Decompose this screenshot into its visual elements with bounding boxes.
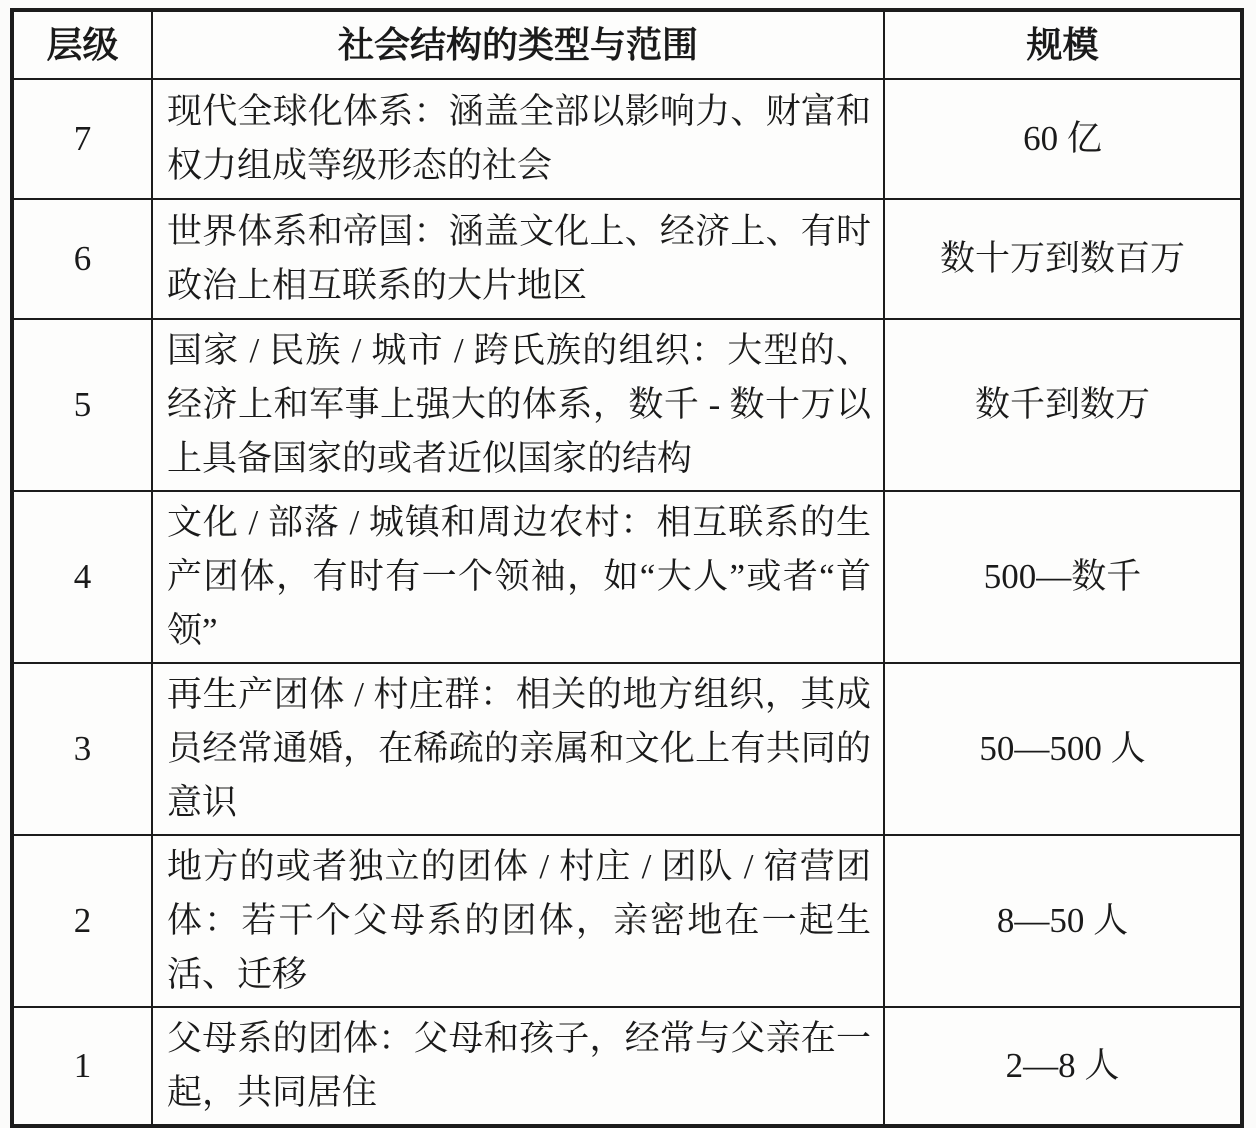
table-row: 1 父母系的团体：父母和孩子，经常与父亲在一起，共同居住 2—8 人 [12,1007,1242,1126]
table-row: 4 文化 / 部落 / 城镇和周边农村：相互联系的生产团体，有时有一个领袖，如“… [12,491,1242,663]
table-row: 5 国家 / 民族 / 城市 / 跨氏族的组织：大型的、经济上和军事上强大的体系… [12,319,1242,491]
level-cell: 1 [12,1007,152,1126]
table-row: 7 现代全球化体系：涵盖全部以影响力、财富和权力组成等级形态的社会 60 亿 [12,79,1242,199]
level-cell: 7 [12,79,152,199]
scale-cell: 数千到数万 [884,319,1242,491]
table-row: 2 地方的或者独立的团体 / 村庄 / 团队 / 宿营团体：若干个父母系的团体，… [12,835,1242,1007]
type-cell: 现代全球化体系：涵盖全部以影响力、财富和权力组成等级形态的社会 [152,79,884,199]
social-structure-table: 层级 社会结构的类型与范围 规模 7 现代全球化体系：涵盖全部以影响力、财富和权… [10,8,1244,1128]
table-row: 3 再生产团体 / 村庄群：相关的地方组织，其成员经常通婚，在稀疏的亲属和文化上… [12,663,1242,835]
type-cell: 世界体系和帝国：涵盖文化上、经济上、有时政治上相互联系的大片地区 [152,199,884,319]
scale-cell: 60 亿 [884,79,1242,199]
level-cell: 3 [12,663,152,835]
header-level: 层级 [12,10,152,79]
type-cell: 地方的或者独立的团体 / 村庄 / 团队 / 宿营团体：若干个父母系的团体，亲密… [152,835,884,1007]
level-cell: 5 [12,319,152,491]
table-row: 6 世界体系和帝国：涵盖文化上、经济上、有时政治上相互联系的大片地区 数十万到数… [12,199,1242,319]
scale-cell: 2—8 人 [884,1007,1242,1126]
type-cell: 文化 / 部落 / 城镇和周边农村：相互联系的生产团体，有时有一个领袖，如“大人… [152,491,884,663]
header-scale: 规模 [884,10,1242,79]
type-cell: 国家 / 民族 / 城市 / 跨氏族的组织：大型的、经济上和军事上强大的体系，数… [152,319,884,491]
scale-cell: 8—50 人 [884,835,1242,1007]
table-header-row: 层级 社会结构的类型与范围 规模 [12,10,1242,79]
type-cell: 再生产团体 / 村庄群：相关的地方组织，其成员经常通婚，在稀疏的亲属和文化上有共… [152,663,884,835]
level-cell: 4 [12,491,152,663]
header-type: 社会结构的类型与范围 [152,10,884,79]
level-cell: 2 [12,835,152,1007]
level-cell: 6 [12,199,152,319]
scale-cell: 数十万到数百万 [884,199,1242,319]
type-cell: 父母系的团体：父母和孩子，经常与父亲在一起，共同居住 [152,1007,884,1126]
scale-cell: 500—数千 [884,491,1242,663]
scale-cell: 50—500 人 [884,663,1242,835]
